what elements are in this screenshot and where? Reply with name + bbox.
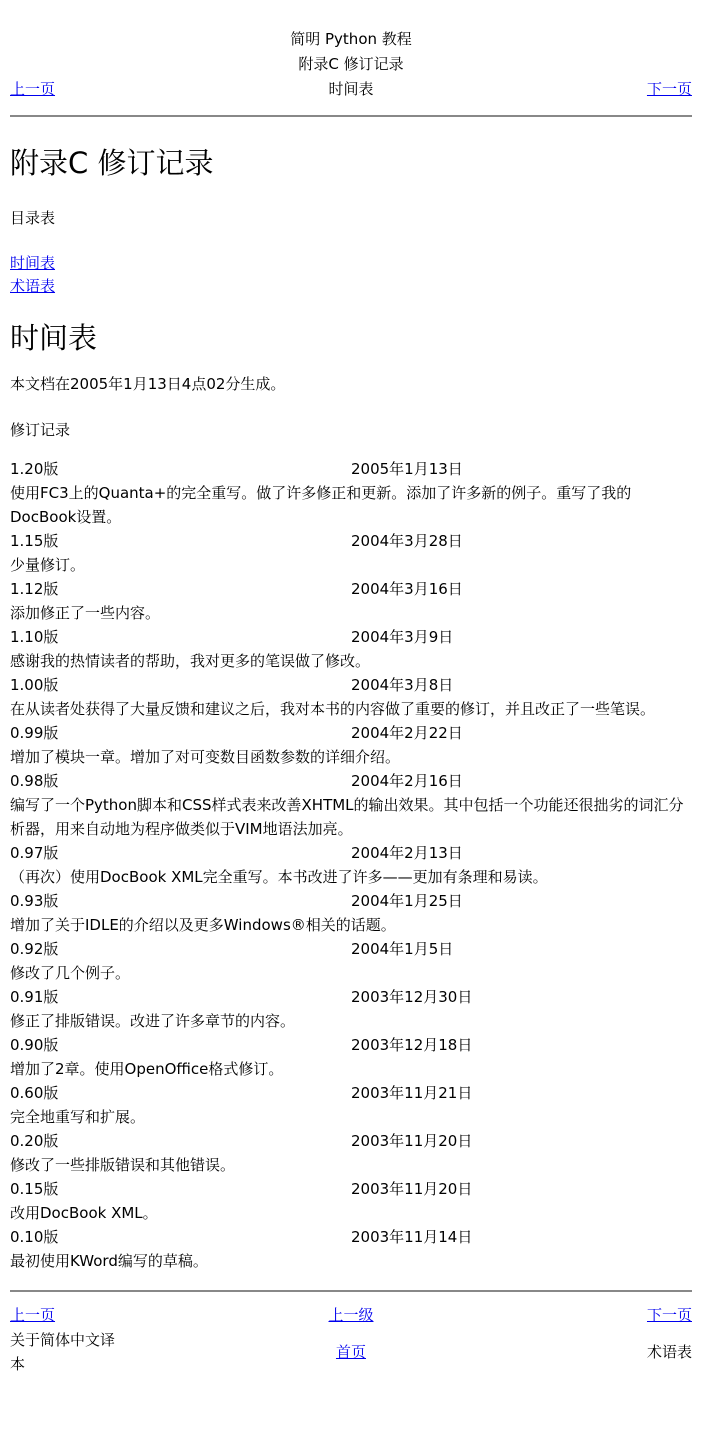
toc-list: 时间表 术语表 [10, 252, 692, 298]
home-cell: 首页 [283, 1328, 419, 1377]
page: { "page": { "background": "#ffffff", "te… [0, 0, 702, 1440]
revhistory-heading: 修订记录 [10, 419, 692, 442]
revision-description: 添加修正了一些内容。 [10, 601, 692, 625]
revision-description: 修改了一些排版错误和其他错误。 [10, 1153, 692, 1177]
revision-date: 2004年3月16日 [351, 577, 692, 601]
revision-version: 0.20版 [10, 1129, 351, 1153]
chapter-title: 附录C 修订记录 [10, 52, 692, 77]
revision-row: 0.98版 2004年2月16日 [10, 769, 692, 793]
revision-date: 2004年3月9日 [351, 625, 692, 649]
revision-version: 0.93版 [10, 889, 351, 913]
toc-item: 时间表 [10, 252, 692, 275]
toc-link[interactable]: 时间表 [10, 254, 55, 272]
revision-description: 完全地重写和扩展。 [10, 1105, 692, 1129]
revision-description: 最初使用KWord编写的草稿。 [10, 1249, 692, 1273]
revision-description-row: 改用DocBook XML。 [10, 1201, 692, 1225]
revision-version: 0.90版 [10, 1033, 351, 1057]
home-link[interactable]: 首页 [336, 1343, 366, 1361]
book-title: 简明 Python 教程 [10, 27, 692, 52]
revision-version: 1.20版 [10, 457, 351, 481]
revision-description: 改用DocBook XML。 [10, 1201, 692, 1225]
revision-row: 0.97版 2004年2月13日 [10, 841, 692, 865]
revision-date: 2003年12月18日 [351, 1033, 692, 1057]
revision-date: 2004年3月28日 [351, 529, 692, 553]
revision-description-row: 增加了2章。使用OpenOffice格式修订。 [10, 1057, 692, 1081]
revision-description-row: 添加修正了一些内容。 [10, 601, 692, 625]
revision-version: 1.00版 [10, 673, 351, 697]
revision-row: 1.12版 2004年3月16日 [10, 577, 692, 601]
revision-description: 使用FC3上的Quanta+的完全重写。做了许多修正和更新。添加了许多新的例子。… [10, 481, 692, 529]
toc-item: 术语表 [10, 275, 692, 298]
nav-footer-up-cell: 上一级 [283, 1303, 419, 1328]
revision-history-table: 1.20版 2005年1月13日 使用FC3上的Quanta+的完全重写。做了许… [10, 457, 692, 1273]
revision-description-row: 增加了模块一章。增加了对可变数目函数参数的详细介绍。 [10, 745, 692, 769]
revision-version: 0.60版 [10, 1081, 351, 1105]
revision-row: 0.15版 2003年11月20日 [10, 1177, 692, 1201]
nav-footer-table: 上一页 上一级 下一页 关于简体中文译本 首页 术语表 [10, 1303, 692, 1377]
revision-date: 2005年1月13日 [351, 457, 692, 481]
revision-row: 0.93版 2004年1月25日 [10, 889, 692, 913]
revision-description: 感谢我的热情读者的帮助，我对更多的笔误做了修改。 [10, 649, 692, 673]
revision-row: 0.99版 2004年2月22日 [10, 721, 692, 745]
revision-row: 1.00版 2004年3月8日 [10, 673, 692, 697]
revision-description-row: 修改了几个例子。 [10, 961, 692, 985]
next-page-link[interactable]: 下一页 [647, 80, 692, 98]
revision-version: 0.97版 [10, 841, 351, 865]
revision-date: 2004年1月5日 [351, 937, 692, 961]
revision-date: 2004年1月25日 [351, 889, 692, 913]
revision-date: 2003年11月20日 [351, 1129, 692, 1153]
revision-row: 1.10版 2004年3月9日 [10, 625, 692, 649]
nav-footer: 上一页 上一级 下一页 关于简体中文译本 首页 术语表 [0, 1292, 702, 1377]
nav-footer-next-cell: 下一页 [419, 1303, 692, 1328]
revision-description-row: 使用FC3上的Quanta+的完全重写。做了许多修正和更新。添加了许多新的例子。… [10, 481, 692, 529]
revision-description: 编写了一个Python脚本和CSS样式表来改善XHTML的输出效果。其中包括一个… [10, 793, 692, 841]
revision-version: 0.92版 [10, 937, 351, 961]
revision-date: 2004年2月16日 [351, 769, 692, 793]
nav-header-next-cell: 下一页 [556, 77, 692, 102]
revision-description-row: 最初使用KWord编写的草稿。 [10, 1249, 692, 1273]
revision-version: 0.99版 [10, 721, 351, 745]
revision-version: 1.15版 [10, 529, 351, 553]
revision-date: 2003年11月14日 [351, 1225, 692, 1249]
nav-header: 简明 Python 教程 附录C 修订记录 上一页 时间表 下一页 [0, 0, 702, 102]
generated-note: 本文档在2005年1月13日4点02分生成。 [10, 373, 692, 396]
footer-prev-link[interactable]: 上一页 [10, 1306, 55, 1324]
revision-row: 0.20版 2003年11月20日 [10, 1129, 692, 1153]
revision-version: 0.98版 [10, 769, 351, 793]
footer-next-link[interactable]: 下一页 [647, 1306, 692, 1324]
revision-description-row: 修改了一些排版错误和其他错误。 [10, 1153, 692, 1177]
revision-description-row: 完全地重写和扩展。 [10, 1105, 692, 1129]
nav-footer-links-row: 上一页 上一级 下一页 [10, 1303, 692, 1328]
revision-row: 0.90版 2003年12月18日 [10, 1033, 692, 1057]
revision-version: 0.91版 [10, 985, 351, 1009]
appendix-heading: 附录C 修订记录 [10, 145, 692, 181]
revision-description: 在从读者处获得了大量反馈和建议之后，我对本书的内容做了重要的修订，并且改正了一些… [10, 697, 692, 721]
revision-version: 0.10版 [10, 1225, 351, 1249]
revision-date: 2003年12月30日 [351, 985, 692, 1009]
revision-version: 1.12版 [10, 577, 351, 601]
revision-description-row: 感谢我的热情读者的帮助，我对更多的笔误做了修改。 [10, 649, 692, 673]
toc-link[interactable]: 术语表 [10, 277, 55, 295]
revision-description-row: 在从读者处获得了大量反馈和建议之后，我对本书的内容做了重要的修订，并且改正了一些… [10, 697, 692, 721]
next-page-title-cell: 术语表 [419, 1328, 692, 1377]
revision-version: 1.10版 [10, 625, 351, 649]
revision-row: 0.10版 2003年11月14日 [10, 1225, 692, 1249]
revision-description-row: （再次）使用DocBook XML完全重写。本书改进了许多——更加有条理和易读。 [10, 865, 692, 889]
revision-description: 修正了排版错误。改进了许多章节的内容。 [10, 1009, 692, 1033]
revision-description: 增加了2章。使用OpenOffice格式修订。 [10, 1057, 692, 1081]
nav-header-row: 上一页 时间表 下一页 [10, 77, 692, 102]
next-page-title: 术语表 [647, 1343, 692, 1361]
revision-description: 修改了几个例子。 [10, 961, 692, 985]
revision-description: （再次）使用DocBook XML完全重写。本书改进了许多——更加有条理和易读。 [10, 865, 692, 889]
nav-footer-prev-cell: 上一页 [10, 1303, 283, 1328]
revision-description: 增加了关于IDLE的介绍以及更多Windows®相关的话题。 [10, 913, 692, 937]
revision-row: 0.92版 2004年1月5日 [10, 937, 692, 961]
nav-footer-titles-row: 关于简体中文译本 首页 术语表 [10, 1328, 692, 1377]
revision-row: 0.60版 2003年11月21日 [10, 1081, 692, 1105]
revision-date: 2003年11月20日 [351, 1177, 692, 1201]
nav-header-prev-cell: 上一页 [10, 77, 146, 102]
revision-row: 1.15版 2004年3月28日 [10, 529, 692, 553]
revision-description-row: 少量修订。 [10, 553, 692, 577]
revision-table-body: 1.20版 2005年1月13日 使用FC3上的Quanta+的完全重写。做了许… [10, 457, 692, 1273]
prev-page-link[interactable]: 上一页 [10, 80, 55, 98]
section-heading: 时间表 [10, 320, 692, 356]
revision-row: 0.91版 2003年12月30日 [10, 985, 692, 1009]
revision-date: 2003年11月21日 [351, 1081, 692, 1105]
revision-version: 0.15版 [10, 1177, 351, 1201]
toc-heading: 目录表 [10, 207, 692, 230]
revision-description: 增加了模块一章。增加了对可变数目函数参数的详细介绍。 [10, 745, 692, 769]
revision-date: 2004年3月8日 [351, 673, 692, 697]
revision-description-row: 编写了一个Python脚本和CSS样式表来改善XHTML的输出效果。其中包括一个… [10, 793, 692, 841]
prev-page-title: 关于简体中文译本 [10, 1328, 118, 1376]
revision-date: 2004年2月22日 [351, 721, 692, 745]
section-title: 时间表 [146, 77, 555, 102]
revision-row: 1.20版 2005年1月13日 [10, 457, 692, 481]
footer-up-link[interactable]: 上一级 [328, 1306, 373, 1324]
revision-description: 少量修订。 [10, 553, 692, 577]
revision-description-row: 增加了关于IDLE的介绍以及更多Windows®相关的话题。 [10, 913, 692, 937]
revision-date: 2004年2月13日 [351, 841, 692, 865]
revision-description-row: 修正了排版错误。改进了许多章节的内容。 [10, 1009, 692, 1033]
header-divider [10, 115, 692, 117]
prev-page-title-cell: 关于简体中文译本 [10, 1328, 283, 1377]
